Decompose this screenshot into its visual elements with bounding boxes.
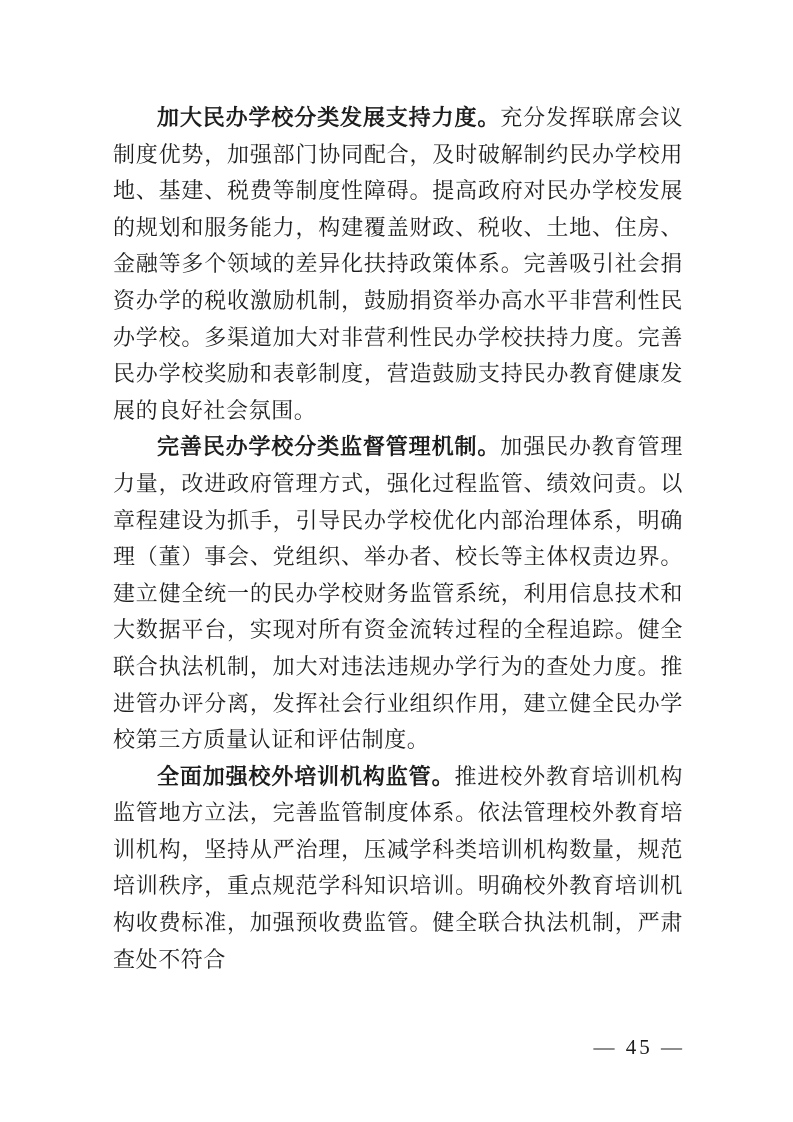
paragraph-lead: 加大民办学校分类发展支持力度。 — [157, 105, 500, 130]
paragraph: 加大民办学校分类发展支持力度。充分发挥联席会议制度优势，加强部门协同配合，及时破… — [113, 100, 683, 429]
paragraph-body: 充分发挥联席会议制度优势，加强部门协同配合，及时破解制约民办学校用地、基建、税费… — [113, 105, 683, 423]
paragraph-lead: 全面加强校外培训机构监管。 — [157, 764, 454, 789]
paragraph-body: 推进校外教育培训机构监管地方立法，完善监管制度体系。依法管理校外教育培训机构，坚… — [113, 764, 683, 972]
paragraph: 完善民办学校分类监督管理机制。加强民办教育管理力量，改进政府管理方式，强化过程监… — [113, 429, 683, 758]
page-number: — 45 — — [594, 1035, 686, 1060]
paragraph-body: 加强民办教育管理力量，改进政府管理方式，强化过程监管、绩效问责。以章程建设为抓手… — [113, 434, 683, 752]
document-text-block: 加大民办学校分类发展支持力度。充分发挥联席会议制度优势，加强部门协同配合，及时破… — [113, 100, 683, 978]
paragraph: 全面加强校外培训机构监管。推进校外教育培训机构监管地方立法，完善监管制度体系。依… — [113, 759, 683, 979]
paragraph-lead: 完善民办学校分类监督管理机制。 — [157, 434, 500, 459]
